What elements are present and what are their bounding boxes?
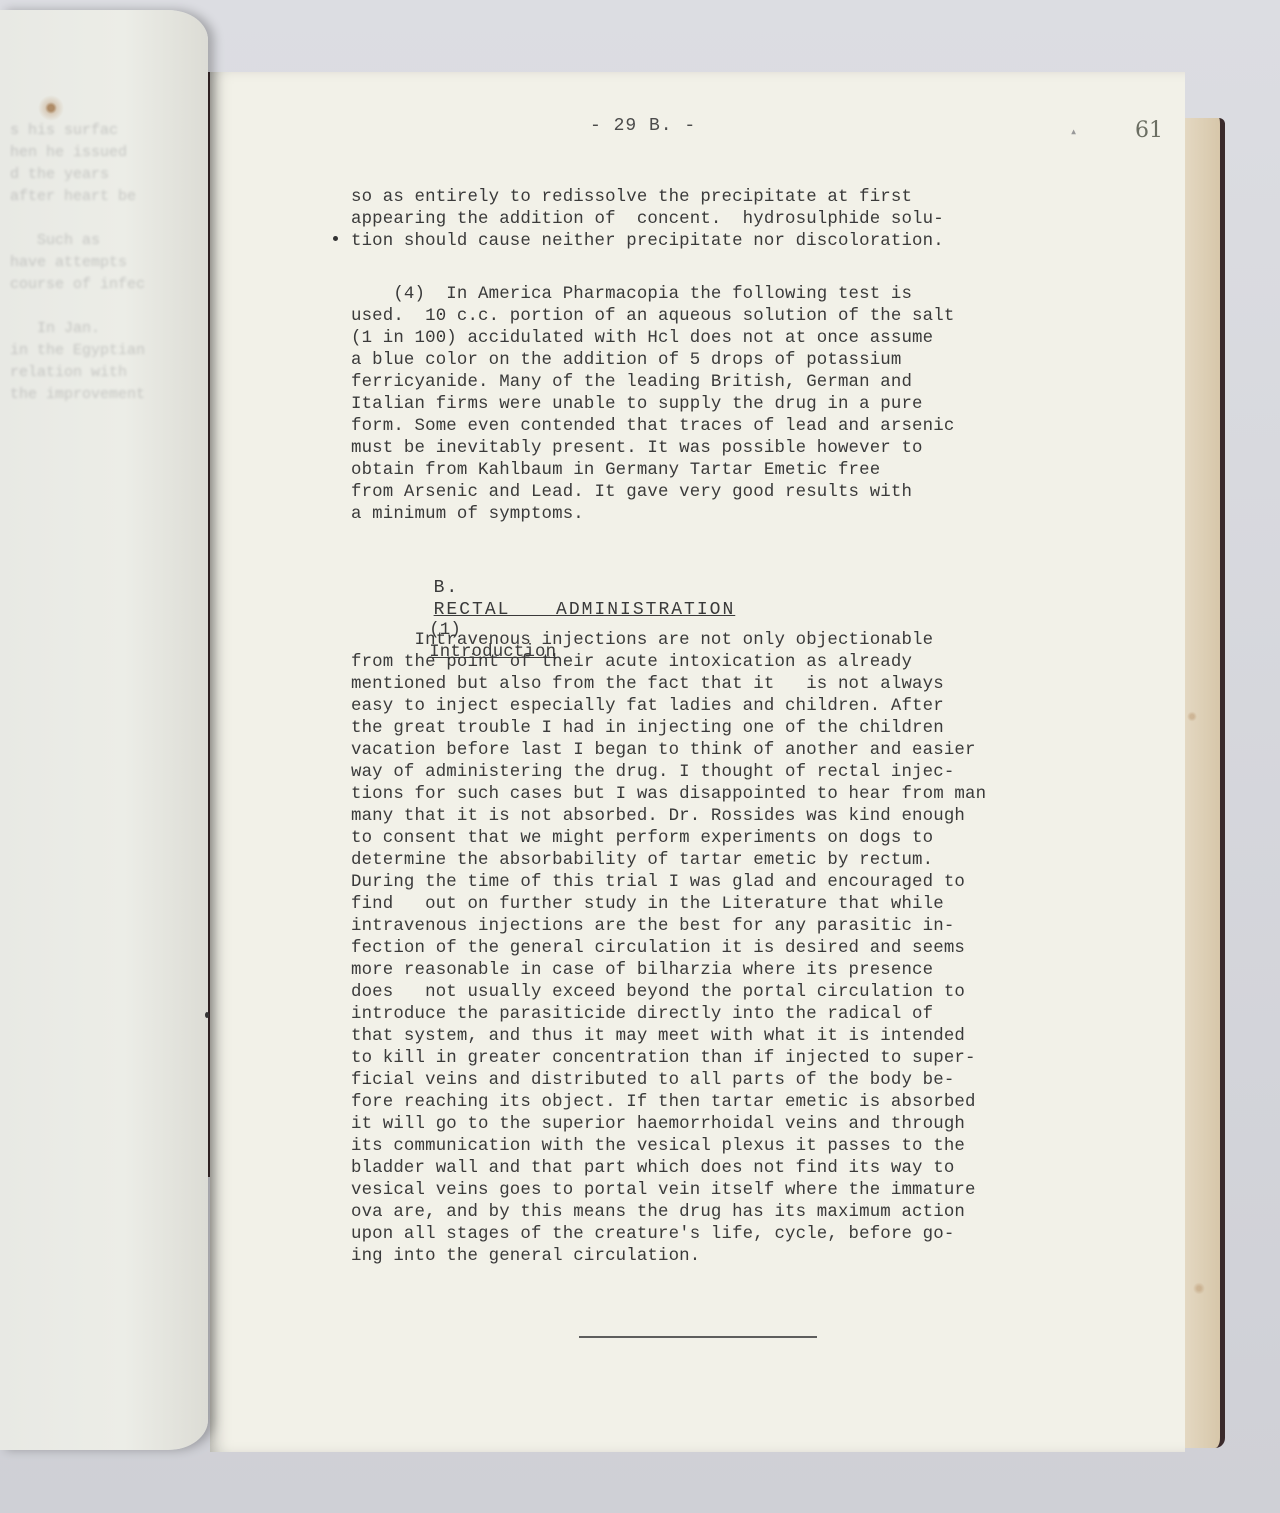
page-header: - 29 B. - (590, 116, 696, 136)
margin-speck (205, 1012, 209, 1018)
paragraph-continuation: so as entirely to redissolve the precipi… (351, 187, 1111, 253)
facing-page-curled[interactable]: s his surfac hen he issued d the years a… (0, 10, 208, 1450)
paragraph-introduction: Intravenous injections are not only obje… (351, 630, 1111, 1268)
end-rule-divider (579, 1336, 817, 1338)
foxing-stain (38, 95, 64, 121)
margin-dot (333, 236, 338, 241)
paragraph-pharmacopia-test: (4) In America Pharmacopia the following… (351, 284, 1111, 526)
folio-number: 61 (1135, 118, 1163, 143)
section-letter: B. (434, 578, 460, 598)
facing-page-bleed-text: s his surfac hen he issued d the years a… (10, 120, 200, 406)
pencil-mark: ▴ (1070, 124, 1077, 139)
